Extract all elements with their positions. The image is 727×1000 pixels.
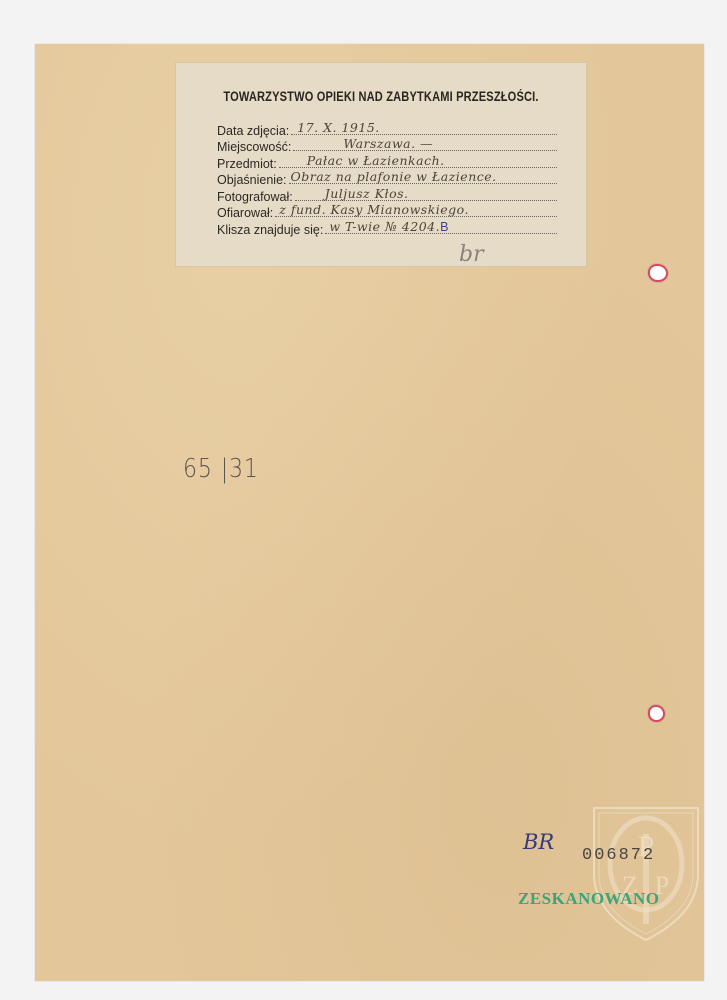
dotted-line: Warszawa. — [293, 136, 557, 151]
card-fields: Data zdjęcia: 17. X. 1915. Miejscowość: … [217, 121, 557, 237]
field-value: Obraz na plafonie w Łazience. [291, 169, 497, 184]
dotted-line: Pałac w Łazienkach. [279, 153, 557, 168]
card-title: TOWARZYSTWO OPIEKI NAD ZABYTKAMI PRZESZŁ… [213, 89, 549, 104]
negative-suffix: B [440, 220, 449, 234]
pencil-initials: br [459, 242, 484, 267]
field-value: w T-wie № 4204. [329, 219, 440, 234]
inventory-number-stamp: 006872 [582, 846, 655, 865]
field-value: Warszawa. — [343, 136, 433, 151]
field-label: Klisza znajduje się: [217, 223, 323, 237]
scanned-stamp: ZESKANOWANO [518, 889, 660, 909]
field-value: Pałac w Łazienkach. [307, 153, 445, 168]
document-sheet: TOWARZYSTWO OPIEKI NAD ZABYTKAMI PRZESZŁ… [35, 44, 704, 981]
field-label: Objaśnienie: [217, 173, 287, 187]
field-value: 17. X. 1915. [297, 120, 379, 135]
dotted-line: Juljusz Kłos. [295, 186, 557, 201]
field-value-group: w T-wie № 4204.B [329, 219, 449, 234]
handwritten-ref-number: 65 |31 [183, 454, 259, 484]
dotted-line: z fund. Kasy Mianowskiego. [275, 202, 557, 217]
field-value: z fund. Kasy Mianowskiego. [279, 202, 469, 217]
field-row-negative-location: Klisza znajduje się: w T-wie № 4204.B [217, 220, 557, 237]
field-label: Ofiarował: [217, 206, 273, 220]
punch-hole-top [650, 266, 666, 280]
dotted-line: 17. X. 1915. [291, 120, 557, 135]
field-value: Juljusz Kłos. [325, 186, 409, 201]
record-label-card: TOWARZYSTWO OPIEKI NAD ZABYTKAMI PRZESZŁ… [175, 62, 587, 267]
field-label: Przedmiot: [217, 157, 277, 171]
field-label: Data zdjęcia: [217, 124, 289, 138]
br-handwritten-mark: BR [523, 830, 554, 854]
library-shield-watermark-icon: P Z P [590, 804, 702, 944]
dotted-line: Obraz na plafonie w Łazience. [289, 169, 558, 184]
punch-hole-bottom [650, 707, 663, 720]
dotted-line: w T-wie № 4204.B [325, 219, 557, 234]
